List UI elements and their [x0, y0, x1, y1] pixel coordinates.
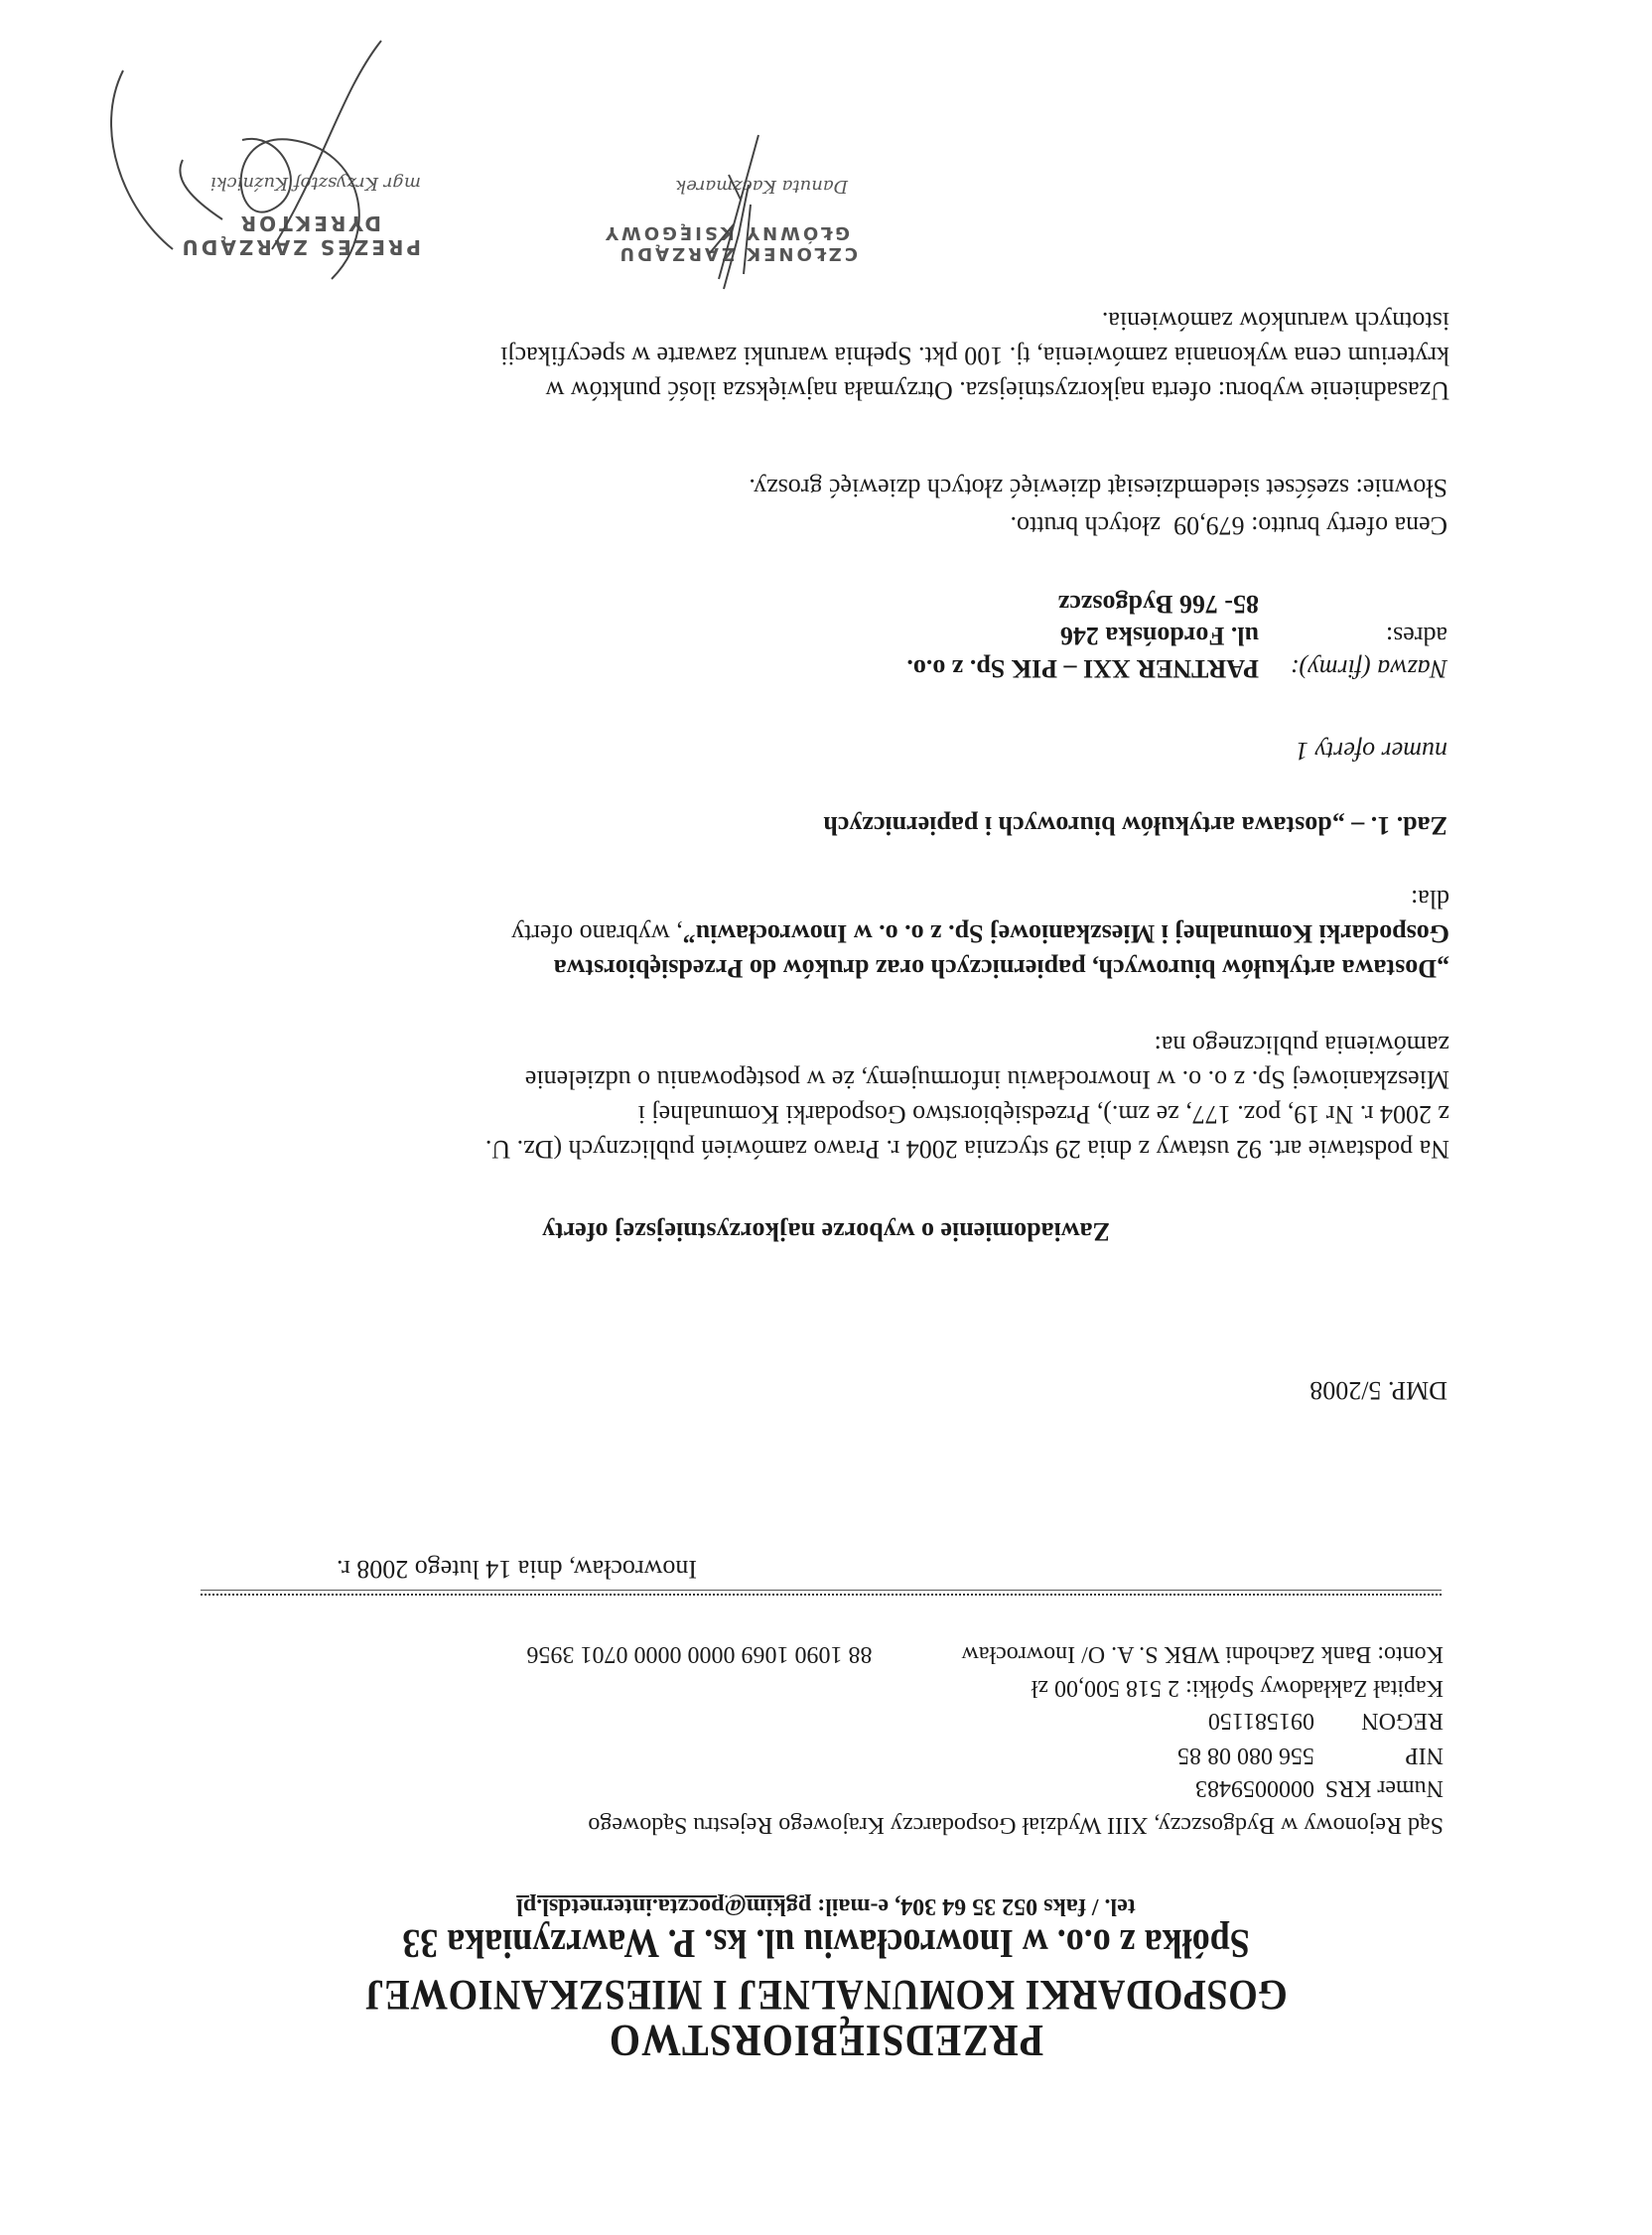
signature-chief-accountant	[659, 125, 778, 294]
letterhead-company-type: PRZEDSIĘBIORSTWO	[0, 2014, 1652, 2067]
price-value: 679,09	[1173, 511, 1245, 540]
nip-value: 556 080 08 85	[1177, 1743, 1314, 1768]
registry-account: Konto: Bank Zachodni WBK S. A. O/ Inowro…	[527, 1640, 1445, 1667]
subject-last: dla:	[210, 882, 1449, 916]
registry-court: Sąd Rejonowy w Bydgoszczy, XIII Wydział …	[588, 1811, 1444, 1838]
header-divider	[201, 1590, 1442, 1596]
place-date: Inowrocław, dnia 14 lutego 2008 r.	[337, 1554, 697, 1584]
registry-regon: REGON091581150	[1208, 1707, 1444, 1734]
justification-line: istotnych warunków zamówienia.	[210, 304, 1449, 339]
company-name-label: Nazwa (firmy):	[1259, 653, 1447, 683]
account-label: Konto: Bank Zachodni WBK S. A. O/ Inowro…	[962, 1641, 1445, 1667]
contact-email-link[interactable]: pgkim@poczta.internetdsl.pl	[516, 1893, 811, 1919]
intro-line: zamówienia publicznego na:	[210, 1028, 1449, 1062]
subject-line-text: Gospodarki Komunalnej i Mieszkaniowej Sp…	[683, 919, 1449, 948]
registry-capital: Kapitał Zakładowy Spółki: 2 518 500,00 z…	[1032, 1674, 1444, 1701]
price-label: Cena oferty brutto:	[1251, 511, 1447, 540]
nip-label: NIP	[1314, 1742, 1444, 1768]
regon-value: 091581150	[1208, 1708, 1314, 1734]
intro-line: Na podstawie art. 92 ustawy z dnia 29 st…	[210, 1132, 1449, 1167]
justification-line: Uzasadnienie wyboru: oferta najkorzystni…	[210, 373, 1449, 408]
krs-value: 0000059483	[1195, 1775, 1314, 1801]
justification-paragraph: Uzasadnienie wyboru: oferta najkorzystni…	[210, 304, 1449, 408]
registry-nip: NIP556 080 08 85	[1177, 1742, 1444, 1768]
subject-line: „Dostawa artykułów biurowych, papiernicz…	[210, 951, 1449, 986]
regon-label: REGON	[1314, 1707, 1444, 1734]
subject-tail: , wybrano oferty	[511, 919, 683, 948]
intro-paragraph: Na podstawie art. 92 ustawy z dnia 29 st…	[210, 1028, 1449, 1167]
letterhead-company-name: GOSPODARKI KOMUNALNEJ I MIESZKANIOWEJ	[0, 1970, 1652, 2021]
subject-line: Gospodarki Komunalnej i Mieszkaniowej Sp…	[210, 916, 1449, 951]
price-row: Cena oferty brutto: 679,09 złotych brutt…	[1011, 510, 1447, 540]
document-page: PRZEDSIĘBIORSTWO GOSPODARKI KOMUNALNEJ I…	[0, 0, 1652, 2235]
task-text: Zad. 1. – „dostawa artykułów biurowych i…	[823, 811, 1447, 840]
document-title: Zawiadomienie o wyborze najkorzystniejsz…	[0, 1216, 1652, 1246]
letterhead-address: Spółka z o.o. w Inowrocławiu ul. ks. P. …	[0, 1920, 1652, 1968]
company-street: ul. Fordońska 246	[1060, 622, 1259, 650]
offer-number: numer oferty 1	[1296, 736, 1447, 766]
krs-label: Numer KRS	[1314, 1774, 1444, 1801]
intro-line: z 2004 r. Nr 19, poz. 177, ze zm.), Prze…	[210, 1097, 1449, 1132]
signature-director	[64, 31, 421, 289]
company-name-row: Nazwa (firmy):PARTNER XXI – PIK Sp. z o.…	[906, 653, 1447, 683]
company-name: PARTNER XXI – PIK Sp. z o.o.	[906, 654, 1259, 683]
reference-number: DMP. 5/2008	[1309, 1375, 1447, 1405]
account-number: 88 1090 1069 0000 0000 0701 3956	[527, 1641, 873, 1667]
address-label: adres:	[1259, 621, 1447, 650]
registry-krs: Numer KRS0000059483	[1195, 1774, 1444, 1801]
contact-phone: tel. / faks 052 35 64 304, e-mail:	[811, 1893, 1136, 1919]
letterhead-contact: tel. / faks 052 35 64 304, e-mail: pgkim…	[0, 1892, 1652, 1919]
price-unit: złotych brutto.	[1011, 511, 1162, 540]
company-city: 85- 766 Bydgoszcz	[1058, 589, 1259, 619]
task-line: Zad. 1. – „dostawa artykułów biurowych i…	[823, 810, 1447, 840]
company-address-row: adres:ul. Fordońska 246	[1060, 621, 1447, 650]
price-words: Słownie: sześćset siedemdziesiąt dziewię…	[749, 473, 1447, 502]
justification-line: kryterium cena wykonania zamówienia, tj.…	[210, 339, 1449, 373]
subject-paragraph: „Dostawa artykułów biurowych, papiernicz…	[210, 882, 1449, 986]
intro-line: Mieszkaniowej Sp. z o. o. w Inowrocławiu…	[210, 1062, 1449, 1097]
